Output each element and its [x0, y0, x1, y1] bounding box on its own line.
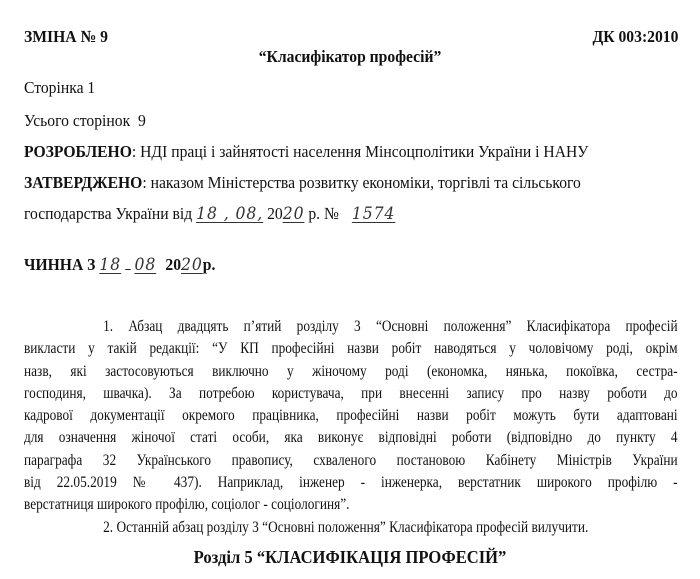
developed-line: РОЗРОБЛЕНО: НДІ праці і зайнятості насел… [24, 142, 588, 162]
approved-label: ЗАТВЕРДЖЕНО [24, 173, 142, 192]
amendment-paragraph-1: 1. Абзац двадцять п’ятий розділу 3 “Осно… [24, 316, 678, 539]
amendment-paragraph-2: 2. Останній абзац розділу 3 “Основні пол… [24, 517, 678, 539]
paragraph-line: верстатниця широкого профілю, соціолог -… [24, 494, 678, 516]
classifier-code: ДК 003:2010 [592, 27, 678, 47]
total-pages-value: 9 [138, 111, 146, 130]
approved-date-line: господарства України від 18 , 08, 2020 р… [24, 204, 412, 224]
approved-year-handwritten: 20 [283, 204, 305, 224]
paragraph-line: параграфа 32 Українського правопису, схв… [24, 450, 678, 472]
paragraph-line: для означення жіночої статі особи, яка в… [24, 427, 678, 449]
effective-label: ЧИННА З [24, 255, 95, 274]
effective-day-handwritten: 18 [99, 255, 121, 275]
paragraph-line: назв, які застосовуються виключно у жіно… [24, 361, 678, 383]
paragraph-line: господиня, швачка). За потребою користув… [24, 383, 678, 405]
developed-text: : НДІ праці і зайнятості населення Мінсо… [132, 142, 588, 161]
effective-month-handwritten: 08 [134, 255, 165, 275]
paragraph-line: 1. Абзац двадцять п’ятий розділу 3 “Осно… [24, 316, 678, 338]
approved-line: ЗАТВЕРДЖЕНО: наказом Міністерства розвит… [24, 173, 581, 193]
change-number: ЗМІНА № 9 [24, 27, 108, 47]
effective-year-prefix: 20 [165, 255, 181, 274]
total-pages-label: Усього сторінок [24, 111, 130, 130]
document-title: “Класифікатор професій” [28, 47, 672, 67]
approved-year-prefix: 20 [267, 204, 283, 223]
approved-date-handwritten: 18 , 08, [196, 204, 263, 224]
approved-text: : наказом Міністерства розвитку економік… [142, 173, 581, 192]
paragraph-line: від 22.05.2019 № 437). Наприклад, інжене… [24, 472, 678, 494]
effective-year-handwritten: 20 [181, 255, 203, 275]
order-number-handwritten: 1574 [339, 204, 412, 224]
total-pages: Усього сторінок 9 [24, 111, 146, 131]
blank-underline [125, 255, 131, 270]
paragraph-line: кадрової документації окремого працівник… [24, 405, 678, 427]
approved-text-2: господарства України від [24, 204, 192, 223]
page-number: Сторінка 1 [24, 78, 95, 98]
paragraph-line: викласти у такій редакції: “У КП професі… [24, 338, 678, 360]
section-title: Розділ 5 “КЛАСИФІКАЦІЯ ПРОФЕСІЙ” [28, 547, 672, 568]
approved-order-label: р. № [308, 204, 339, 223]
effective-r: р. [203, 255, 216, 274]
effective-date-line: ЧИННА З 18 082020р. [24, 255, 215, 275]
developed-label: РОЗРОБЛЕНО [24, 142, 132, 161]
